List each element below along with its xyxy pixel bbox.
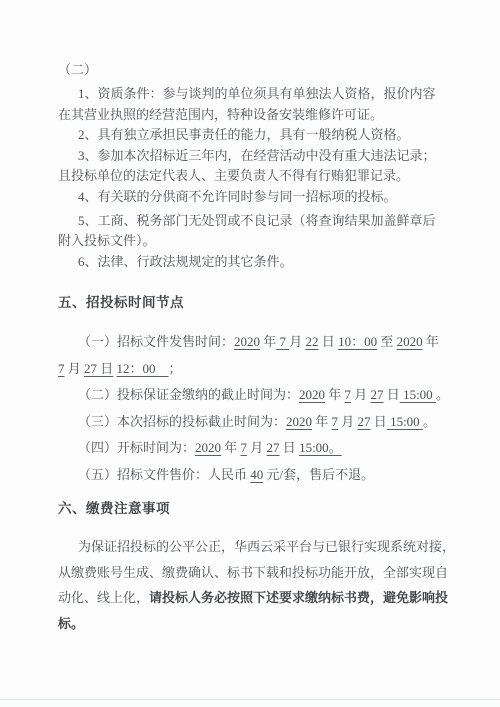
payment-notice-paragraph: 为保证招投标的公平公正，华西云采平台与已银行实现系统对接， 从缴费账号生成、缴费… — [58, 534, 448, 636]
section-5-heading: 五、招投标时间节点 — [58, 294, 448, 311]
qualification-line: 且投标单位的法定代表人、主要负责人不得有行贿犯罪记录。 — [58, 166, 448, 187]
qualification-line: 附入投标文件）。 — [58, 231, 448, 252]
qualification-conditions-list: 1、资质条件：参与谈判的单位须具有单独法人资格，报价内容 在其营业执照的经营范围… — [58, 84, 448, 272]
section-2-label: （二） — [58, 61, 448, 78]
timeline-line-document-price: （五）招标文件售价：人民币 40 元/套，售后不退。 — [58, 462, 448, 489]
paragraph-line: 动化、线上化，请投标人务必按照下述要求缴纳标书费，避免影响投 — [58, 585, 448, 611]
paragraph-line: 从缴费账号生成、缴费确认、标书下载和投标功能开放，全部实现自 — [58, 560, 448, 586]
scan-page-bottom-edge — [0, 699, 500, 707]
qualification-line: 3、参加本次招标近三年内，在经营活动中没有重大违法记录； — [58, 146, 448, 167]
tender-timeline-list: （一）招标文件发售时间：2020 年 7 月 22 日 10：00 至 2020… — [58, 329, 448, 489]
section-6-heading: 六、缴费注意事项 — [58, 500, 448, 517]
timeline-line-issue-time-cont: 7 月 27 日 12：00 ； — [58, 356, 448, 383]
qualification-line: 4、有关联的分供商不允许同时参与同一招标项的投标。 — [58, 187, 448, 208]
qualification-line: 6、法律、行政法规规定的其它条件。 — [58, 252, 448, 273]
paragraph-line: 为保证招投标的公平公正，华西云采平台与已银行实现系统对接， — [58, 534, 448, 560]
qualification-line: 1、资质条件：参与谈判的单位须具有单独法人资格，报价内容 — [58, 84, 448, 105]
timeline-line-opening-time: （四）开标时间为：2020 年 7 月 27 日 15:00。 — [58, 435, 448, 462]
scanned-document-page: （二） 1、资质条件：参与谈判的单位须具有单独法人资格，报价内容 在其营业执照的… — [0, 0, 500, 707]
qualification-line: 5、工商、税务部门无处罚或不良记录（将查询结果加盖鲜章后 — [58, 211, 448, 232]
timeline-line-deposit-deadline: （二）投标保证金缴纳的截止时间为：2020 年 7 月 27 日 15:00 。 — [58, 382, 448, 409]
qualification-line: 在其营业执照的经营范围内，特种设备安装维修许可证。 — [58, 105, 448, 126]
qualification-line: 2、具有独立承担民事责任的能力，具有一般纳税人资格。 — [58, 125, 448, 146]
timeline-line-bid-deadline: （三）本次招标的投标截止时间为：2020 年 7 月 27 日 15:00 。 — [58, 409, 448, 436]
timeline-line-issue-time: （一）招标文件发售时间：2020 年 7 月 22 日 10：00 至 2020… — [58, 329, 448, 356]
paragraph-line: 标。 — [58, 611, 448, 637]
